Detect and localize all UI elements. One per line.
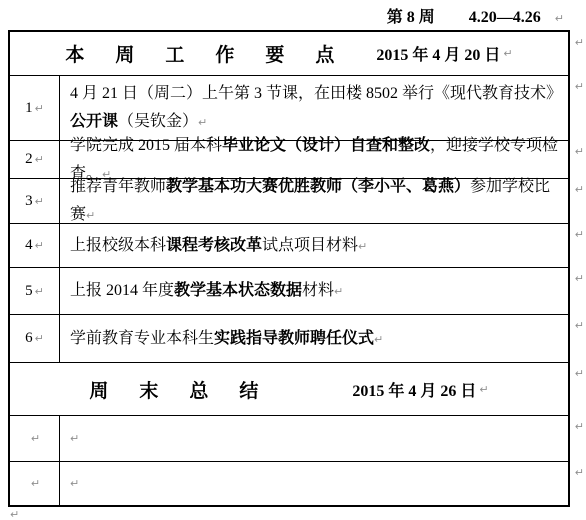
row-number: 5	[25, 283, 33, 300]
paragraph-mark-icon: ↵	[35, 103, 44, 114]
row-number-cell[interactable]: 1↵	[10, 76, 60, 140]
row-number-cell[interactable]: 5↵	[10, 268, 60, 314]
paragraph-mark-icon: ↵	[374, 333, 383, 346]
row-end-mark-icon: ↵	[575, 421, 584, 432]
row-number: 4	[25, 237, 33, 254]
paragraph-mark-icon: ↵	[479, 384, 488, 395]
row-number-cell[interactable]: 3↵	[10, 179, 60, 223]
paragraph-mark-icon: ↵	[31, 433, 40, 444]
row-number-cell[interactable]: ↵	[10, 462, 60, 505]
date-range-label: 4.20—4.26	[469, 9, 541, 26]
paragraph-mark-icon: ↵	[35, 240, 44, 251]
paragraph-mark-icon: ↵	[35, 333, 44, 344]
work-point-row[interactable]: 6↵学前教育专业本科生实践指导教师聘任仪式↵↵	[10, 314, 568, 362]
row-number: 1	[25, 100, 33, 117]
weekend-summary-header-row[interactable]: 周 末 总 结 2015 年 4 月 26 日 ↵ ↵	[10, 362, 568, 415]
row-number: 2	[25, 151, 33, 168]
week-number-line: 第 8 周4.20—4.26↵	[0, 4, 586, 27]
row-text-cell[interactable]: 学前教育专业本科生实践指导教师聘任仪式↵	[60, 315, 568, 362]
row-text: 学前教育专业本科生实践指导教师聘任仪式↵	[70, 325, 383, 353]
row-text-cell[interactable]: 推荐青年教师教学基本功大赛优胜教师（李小平、葛燕）参加学校比赛↵	[60, 179, 568, 223]
row-text: 上报 2014 年度教学基本状态数据材料↵	[70, 277, 343, 305]
paragraph-mark-icon: ↵	[70, 478, 79, 489]
row-text-cell[interactable]: 上报校级本科课程考核改革试点项目材料↵	[60, 224, 568, 267]
row-end-mark-icon: ↵	[575, 146, 584, 157]
week-points-header-row[interactable]: 本 周 工 作 要 点 2015 年 4 月 20 日 ↵ ↵	[10, 32, 568, 75]
paragraph-mark-icon: ↵	[86, 209, 95, 222]
row-number-cell[interactable]: 6↵	[10, 315, 60, 362]
work-point-row[interactable]: 4↵上报校级本科课程考核改革试点项目材料↵↵	[10, 223, 568, 267]
weekend-summary-date: 2015 年 4 月 26 日	[352, 378, 476, 401]
work-point-row[interactable]: 1↵4 月 21 日（周二）上午第 3 节课，在田楼 8502 举行《现代教育技…	[10, 75, 568, 140]
row-text-cell[interactable]: 4 月 21 日（周二）上午第 3 节课，在田楼 8502 举行《现代教育技术》…	[60, 76, 568, 140]
paragraph-mark-icon: ↵	[503, 48, 512, 59]
paragraph-mark-icon: ↵	[334, 285, 343, 298]
paragraph-mark-icon: ↵	[358, 240, 367, 253]
row-number-cell[interactable]: 4↵	[10, 224, 60, 267]
word-document-page: { "page": { "week_header": { "week": "第 …	[0, 0, 586, 520]
work-point-row[interactable]: 3↵推荐青年教师教学基本功大赛优胜教师（李小平、葛燕）参加学校比赛↵↵	[10, 178, 568, 223]
row-end-mark-icon: ↵	[575, 368, 584, 379]
weekend-summary-title: 周 末 总 结	[89, 376, 264, 403]
paragraph-mark-icon: ↵	[35, 196, 44, 207]
row-number-cell[interactable]: 2↵	[10, 141, 60, 178]
weekly-schedule-table: 本 周 工 作 要 点 2015 年 4 月 20 日 ↵ ↵ 1↵4 月 21…	[8, 30, 570, 507]
row-end-mark-icon: ↵	[575, 467, 584, 478]
week-number-label: 第 8 周	[387, 9, 435, 26]
empty-summary-row[interactable]: ↵ ↵ ↵	[10, 415, 568, 461]
row-end-mark-icon: ↵	[575, 229, 584, 240]
row-end-mark-icon: ↵	[575, 273, 584, 284]
paragraph-mark-icon: ↵	[70, 433, 79, 444]
row-end-mark-icon: ↵	[575, 184, 584, 195]
empty-summary-row[interactable]: ↵ ↵ ↵	[10, 461, 568, 505]
row-number-cell[interactable]: ↵	[10, 416, 60, 461]
row-end-mark-icon: ↵	[575, 37, 584, 48]
row-text: 推荐青年教师教学基本功大赛优胜教师（李小平、葛燕）参加学校比赛↵	[70, 173, 566, 229]
row-number: 3	[25, 193, 33, 210]
paragraph-mark-icon: ↵	[35, 286, 44, 297]
row-text-cell[interactable]: ↵	[60, 462, 568, 505]
row-text: 4 月 21 日（周二）上午第 3 节课，在田楼 8502 举行《现代教育技术》…	[70, 80, 566, 136]
row-text-cell[interactable]: 上报 2014 年度教学基本状态数据材料↵	[60, 268, 568, 314]
paragraph-mark-icon: ↵	[198, 116, 207, 129]
week-points-title: 本 周 工 作 要 点	[65, 40, 340, 67]
week-points-date: 2015 年 4 月 20 日	[376, 42, 500, 65]
work-point-rows: 1↵4 月 21 日（周二）上午第 3 节课，在田楼 8502 举行《现代教育技…	[10, 75, 568, 362]
paragraph-mark-icon: ↵	[10, 509, 19, 520]
row-text: 上报校级本科课程考核改革试点项目材料↵	[70, 232, 367, 260]
work-point-row[interactable]: 5↵上报 2014 年度教学基本状态数据材料↵↵	[10, 267, 568, 314]
paragraph-mark-icon: ↵	[35, 154, 44, 165]
paragraph-mark-icon: ↵	[555, 12, 564, 25]
paragraph-mark-icon: ↵	[31, 478, 40, 489]
row-number: 6	[25, 330, 33, 347]
row-text-cell[interactable]: ↵	[60, 416, 568, 461]
row-end-mark-icon: ↵	[575, 81, 584, 92]
row-end-mark-icon: ↵	[575, 320, 584, 331]
